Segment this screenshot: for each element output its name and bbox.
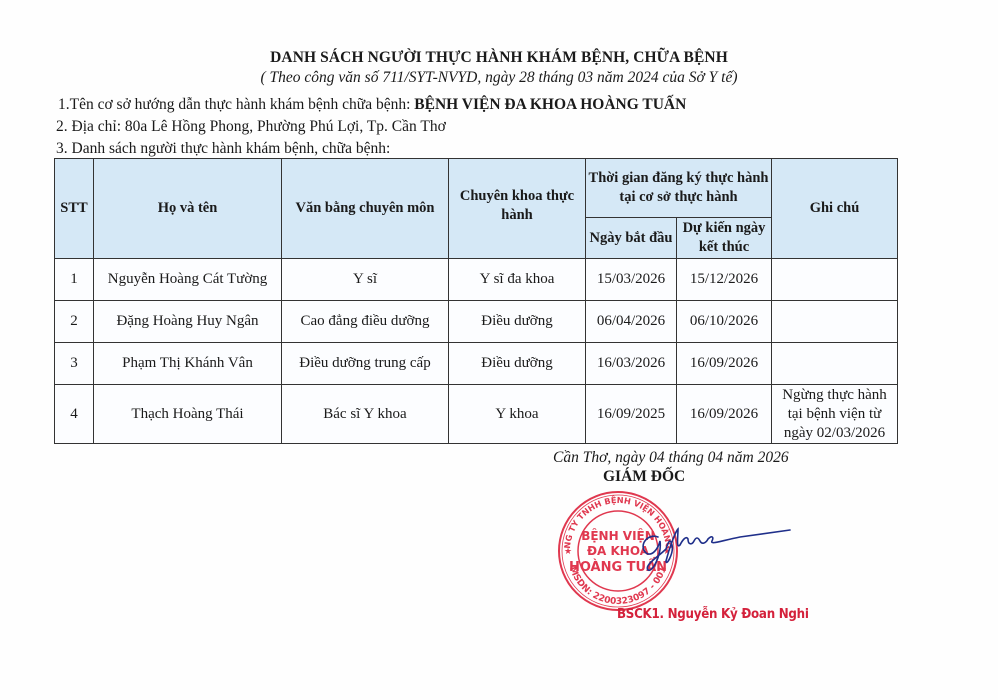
cell-degree: Điều dưỡng trung cấp [282, 343, 449, 385]
header-start-date: Ngày bắt đầu [586, 218, 677, 259]
signer-role: GIÁM ĐỐC [603, 468, 685, 486]
cell-stt: 2 [55, 301, 94, 343]
cell-degree: Cao đẳng điều dưỡng [282, 301, 449, 343]
cell-note: Ngừng thực hành tại bệnh viện từ ngày 02… [772, 385, 898, 444]
header-name: Họ và tên [94, 159, 282, 259]
practitioner-table: STT Họ và tên Văn bằng chuyên môn Chuyên… [54, 158, 898, 444]
cell-end-date: 06/10/2026 [677, 301, 772, 343]
header-note: Ghi chú [772, 159, 898, 259]
facility-name: BỆNH VIỆN ĐA KHOA HOÀNG TUẤN [414, 96, 686, 113]
document-subtitle: ( Theo công văn số 711/SYT-NVYD, ngày 28… [0, 69, 998, 87]
signer-name: BSCK1. Nguyễn Kỷ Đoan Nghi [617, 606, 809, 622]
cell-degree: Y sĩ [282, 259, 449, 301]
header-period: Thời gian đăng ký thực hành tại cơ sở th… [586, 159, 772, 218]
header-stt: STT [55, 159, 94, 259]
cell-specialty: Điều dưỡng [449, 343, 586, 385]
cell-end-date: 16/09/2026 [677, 343, 772, 385]
header-degree: Văn bằng chuyên môn [282, 159, 449, 259]
table-row: 3Phạm Thị Khánh VânĐiều dưỡng trung cấpĐ… [55, 343, 898, 385]
cell-specialty: Điều dưỡng [449, 301, 586, 343]
cell-start-date: 15/03/2026 [586, 259, 677, 301]
table-row: 4Thạch Hoàng TháiBác sĩ Y khoaY khoa16/0… [55, 385, 898, 444]
header-specialty: Chuyên khoa thực hành [449, 159, 586, 259]
cell-note [772, 259, 898, 301]
table-row: 2Đặng Hoàng Huy NgânCao đẳng điều dưỡngĐ… [55, 301, 898, 343]
facility-line: 1.Tên cơ sở hướng dẫn thực hành khám bện… [58, 96, 686, 114]
cell-note [772, 343, 898, 385]
header-end-date: Dự kiến ngày kết thúc [677, 218, 772, 259]
cell-end-date: 16/09/2026 [677, 385, 772, 444]
cell-specialty: Y sĩ đa khoa [449, 259, 586, 301]
cell-degree: Bác sĩ Y khoa [282, 385, 449, 444]
cell-start-date: 06/04/2026 [586, 301, 677, 343]
place-date: Cần Thơ, ngày 04 tháng 04 năm 2026 [553, 449, 789, 467]
table-row: 1Nguyễn Hoàng Cát TườngY sĩY sĩ đa khoa1… [55, 259, 898, 301]
address-line: 2. Địa chỉ: 80a Lê Hồng Phong, Phường Ph… [56, 118, 446, 136]
cell-name: Đặng Hoàng Huy Ngân [94, 301, 282, 343]
cell-start-date: 16/09/2025 [586, 385, 677, 444]
cell-stt: 1 [55, 259, 94, 301]
cell-note [772, 301, 898, 343]
cell-name: Phạm Thị Khánh Vân [94, 343, 282, 385]
cell-stt: 4 [55, 385, 94, 444]
list-heading: 3. Danh sách người thực hành khám bệnh, … [56, 140, 390, 158]
cell-stt: 3 [55, 343, 94, 385]
cell-specialty: Y khoa [449, 385, 586, 444]
cell-name: Nguyễn Hoàng Cát Tường [94, 259, 282, 301]
document-title: DANH SÁCH NGƯỜI THỰC HÀNH KHÁM BỆNH, CHỮ… [0, 49, 998, 67]
cell-end-date: 15/12/2026 [677, 259, 772, 301]
cell-start-date: 16/03/2026 [586, 343, 677, 385]
cell-name: Thạch Hoàng Thái [94, 385, 282, 444]
svg-text:★: ★ [564, 547, 572, 557]
signature-icon [630, 515, 800, 575]
facility-label: 1.Tên cơ sở hướng dẫn thực hành khám bện… [58, 96, 414, 113]
